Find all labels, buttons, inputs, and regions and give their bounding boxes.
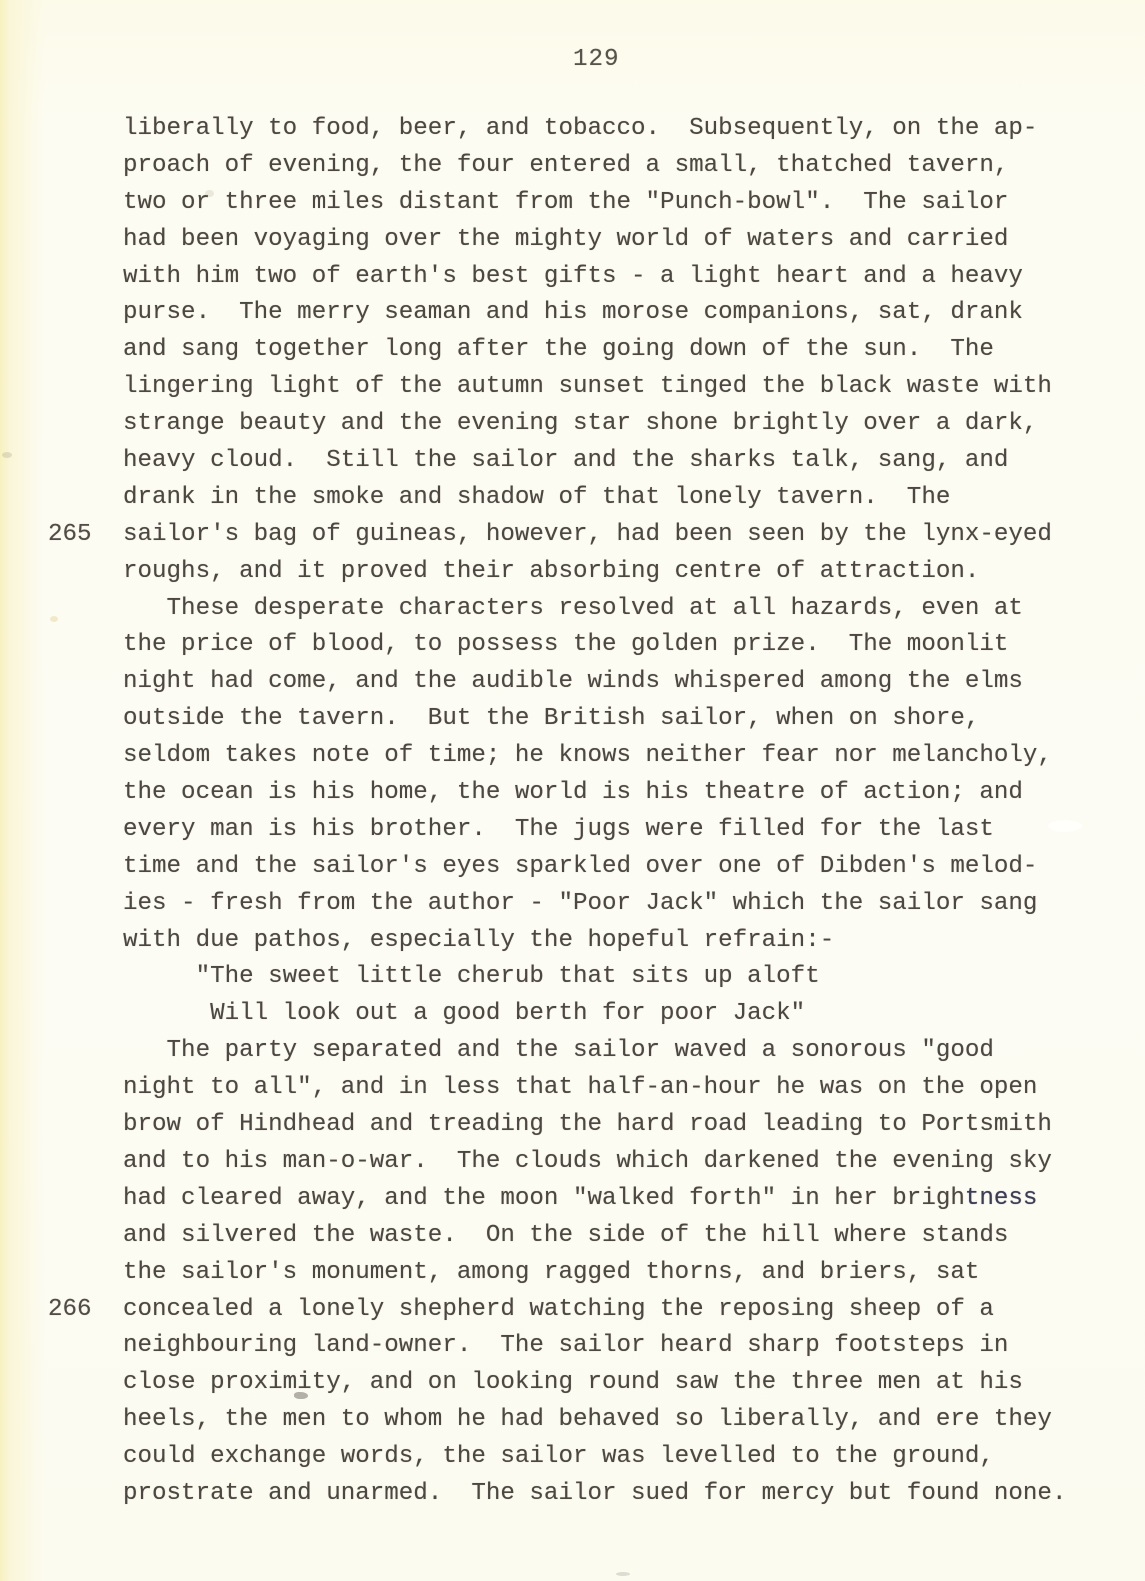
text-line: outside the tavern. But the British sail… [48, 701, 1108, 738]
text-line: prostrate and unarmed. The sailor sued f… [48, 1476, 1108, 1513]
line-text: sailor's bag of guineas, however, had be… [123, 521, 1052, 548]
line-text: two or three miles distant from the "Pun… [123, 189, 1008, 216]
line-text: and sang together long after the going d… [123, 336, 994, 363]
line-text: and silvered the waste. On the side of t… [123, 1222, 1008, 1249]
line-text: with him two of earth's best gifts - a l… [123, 263, 1023, 290]
line-text: drank in the smoke and shadow of that lo… [123, 484, 950, 511]
text-line: the ocean is his home, the world is his … [48, 775, 1108, 812]
margin-number: 266 [48, 1292, 123, 1329]
text-line: with due pathos, especially the hopeful … [48, 923, 1108, 960]
text-line: lingering light of the autumn sunset tin… [48, 369, 1108, 406]
text-line: heavy cloud. Still the sailor and the sh… [48, 443, 1108, 480]
line-text: the price of blood, to possess the golde… [123, 631, 1008, 658]
text-line: the sailor's monument, among ragged thor… [48, 1255, 1108, 1292]
line-text: the sailor's monument, among ragged thor… [123, 1259, 979, 1286]
line-text: neighbouring land-owner. The sailor hear… [123, 1332, 1008, 1359]
text-line: drank in the smoke and shadow of that lo… [48, 480, 1108, 517]
line-text: had been voyaging over the mighty world … [123, 226, 1008, 253]
text-line: two or three miles distant from the "Pun… [48, 185, 1108, 222]
line-text: proach of evening, the four entered a sm… [123, 152, 1008, 179]
text-line: These desperate characters resolved at a… [48, 591, 1108, 628]
text-line: close proximity, and on looking round sa… [48, 1365, 1108, 1402]
text-line: proach of evening, the four entered a sm… [48, 148, 1108, 185]
text-line: night to all", and in less that half-an-… [48, 1070, 1108, 1107]
line-text: every man is his brother. The jugs were … [123, 816, 994, 843]
document-page: 129 liberally to food, beer, and tobacco… [0, 0, 1145, 1581]
text-line: roughs, and it proved their absorbing ce… [48, 554, 1108, 591]
text-line: with him two of earth's best gifts - a l… [48, 259, 1108, 296]
text-line: ies - fresh from the author - "Poor Jack… [48, 886, 1108, 923]
line-text: night had come, and the audible winds wh… [123, 668, 1023, 695]
text-line: and sang together long after the going d… [48, 332, 1108, 369]
text-line: heels, the men to whom he had behaved so… [48, 1402, 1108, 1439]
line-text: brow of Hindhead and treading the hard r… [123, 1111, 1052, 1138]
text-line: liberally to food, beer, and tobacco. Su… [48, 111, 1108, 148]
line-text: Will look out a good berth for poor Jack… [123, 1000, 805, 1027]
line-text: roughs, and it proved their absorbing ce… [123, 558, 979, 585]
line-text: heels, the men to whom he had behaved so… [123, 1406, 1052, 1433]
line-text: outside the tavern. But the British sail… [123, 705, 979, 732]
paper-speck [2, 452, 12, 458]
page-number: 129 [573, 42, 620, 79]
line-text: liberally to food, beer, and tobacco. Su… [123, 115, 1037, 142]
text-line: Will look out a good berth for poor Jack… [48, 996, 1108, 1033]
line-text: with due pathos, especially the hopeful … [123, 927, 834, 954]
text-line: and silvered the waste. On the side of t… [48, 1218, 1108, 1255]
line-text: time and the sailor's eyes sparkled over… [123, 853, 1037, 880]
text-line: could exchange words, the sailor was lev… [48, 1439, 1108, 1476]
text-line: time and the sailor's eyes sparkled over… [48, 849, 1108, 886]
text-line: and to his man-o-war. The clouds which d… [48, 1144, 1108, 1181]
text-line: 266concealed a lonely shepherd watching … [48, 1292, 1108, 1329]
line-text: had cleared away, and the moon "walked f… [123, 1185, 1037, 1212]
text-line: The party separated and the sailor waved… [48, 1033, 1108, 1070]
line-text: "The sweet little cherub that sits up al… [123, 963, 820, 990]
text-line: night had come, and the audible winds wh… [48, 664, 1108, 701]
line-text: seldom takes note of time; he knows neit… [123, 742, 1052, 769]
margin-number: 265 [48, 517, 123, 554]
text-line: had been voyaging over the mighty world … [48, 222, 1108, 259]
line-text: night to all", and in less that half-an-… [123, 1074, 1037, 1101]
line-text: close proximity, and on looking round sa… [123, 1369, 1023, 1396]
paper-speck [616, 1572, 630, 1576]
text-line: every man is his brother. The jugs were … [48, 812, 1108, 849]
line-text: and to his man-o-war. The clouds which d… [123, 1148, 1052, 1175]
line-text: concealed a lonely shepherd watching the… [123, 1296, 994, 1323]
text-line: had cleared away, and the moon "walked f… [48, 1181, 1108, 1218]
line-text: The party separated and the sailor waved… [123, 1037, 994, 1064]
line-text: heavy cloud. Still the sailor and the sh… [123, 447, 1008, 474]
text-line: brow of Hindhead and treading the hard r… [48, 1107, 1108, 1144]
text-line: "The sweet little cherub that sits up al… [48, 959, 1108, 996]
typewritten-text-body: liberally to food, beer, and tobacco. Su… [48, 111, 1108, 1513]
line-text: strange beauty and the evening star shon… [123, 410, 1037, 437]
text-line: 265sailor's bag of guineas, however, had… [48, 517, 1108, 554]
line-text: purse. The merry seaman and his morose c… [123, 299, 1023, 326]
text-line: seldom takes note of time; he knows neit… [48, 738, 1108, 775]
line-text: lingering light of the autumn sunset tin… [123, 373, 1052, 400]
text-line: strange beauty and the evening star shon… [48, 406, 1108, 443]
line-text: prostrate and unarmed. The sailor sued f… [123, 1480, 1066, 1507]
text-line: purse. The merry seaman and his morose c… [48, 295, 1108, 332]
line-text: the ocean is his home, the world is his … [123, 779, 1023, 806]
line-text: ies - fresh from the author - "Poor Jack… [123, 890, 1037, 917]
line-text: could exchange words, the sailor was lev… [123, 1443, 994, 1470]
text-line: the price of blood, to possess the golde… [48, 627, 1108, 664]
text-line: neighbouring land-owner. The sailor hear… [48, 1328, 1108, 1365]
line-text: These desperate characters resolved at a… [123, 595, 1023, 622]
